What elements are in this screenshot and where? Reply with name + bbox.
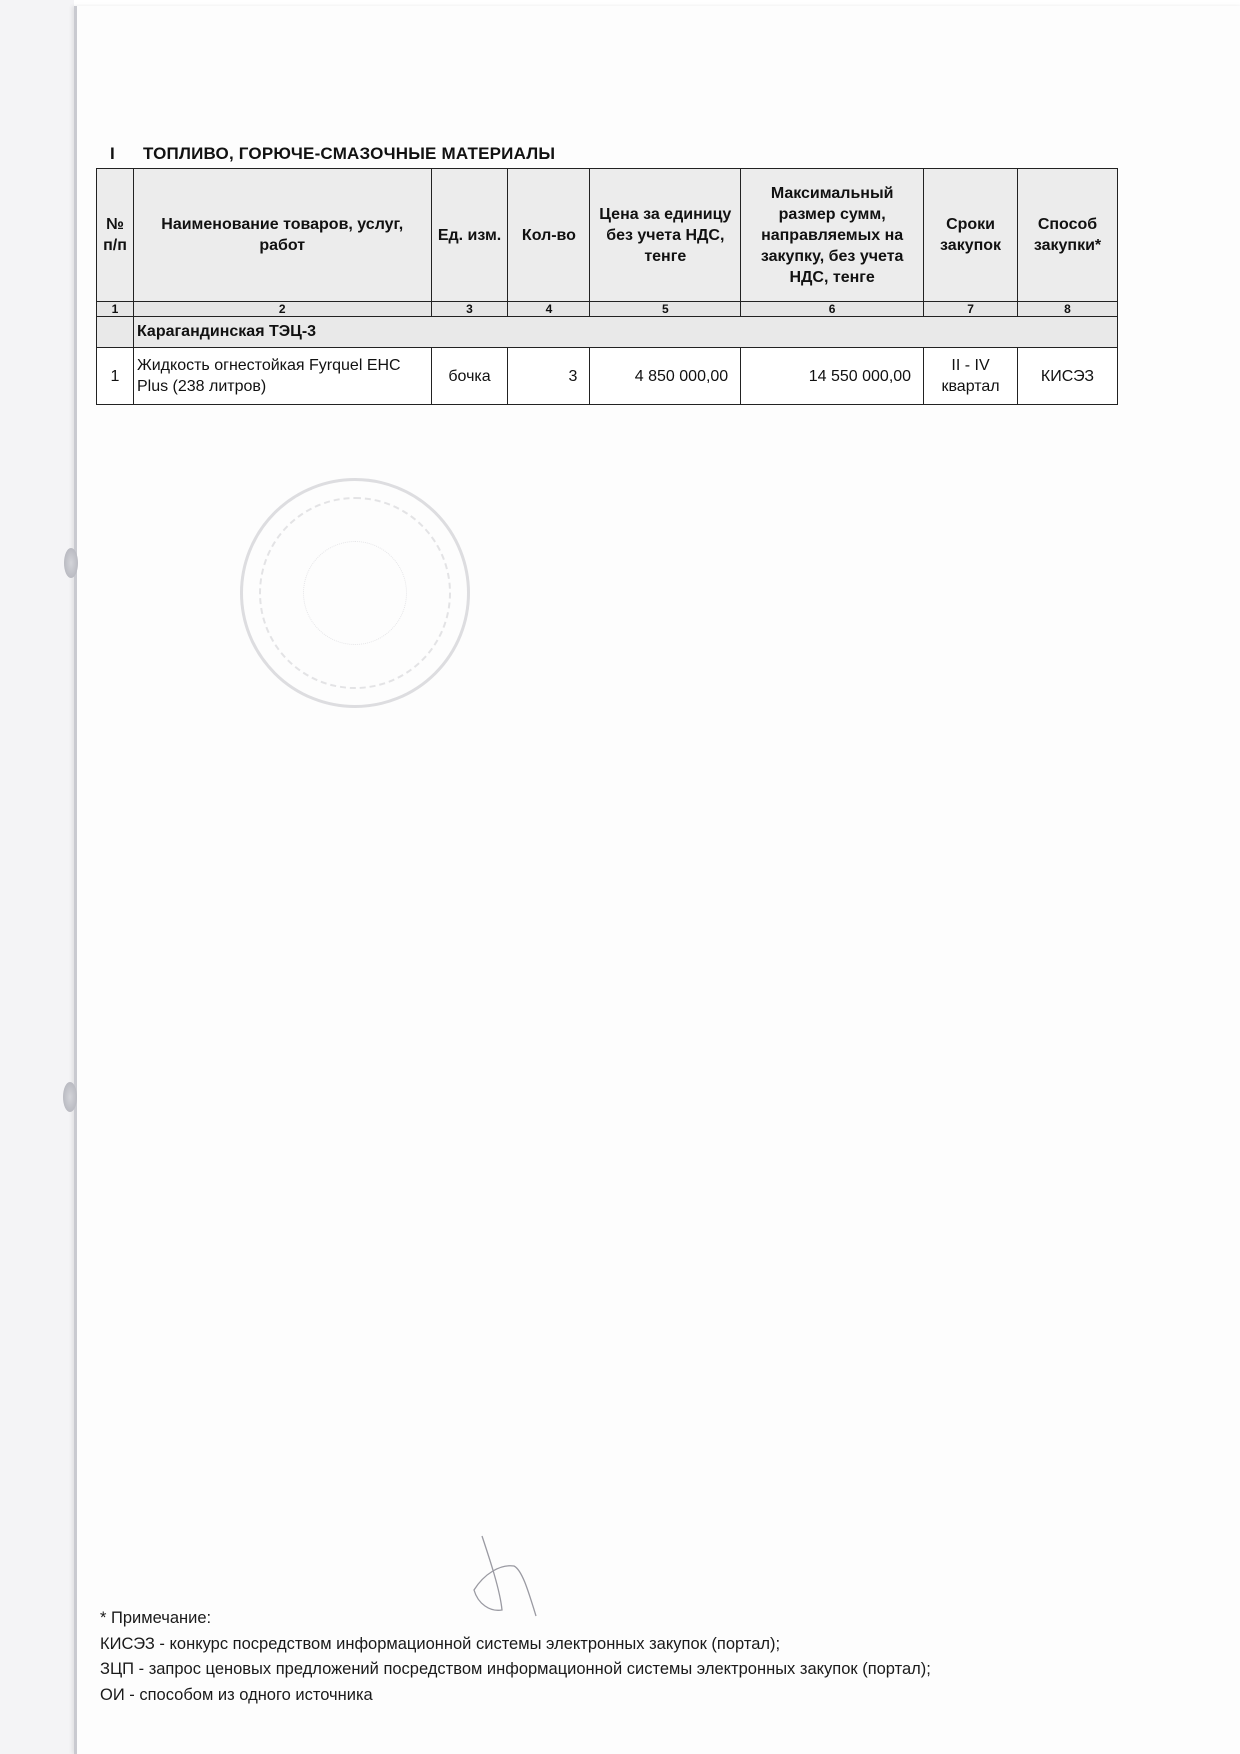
header-qty: Кол-во <box>508 169 590 302</box>
footnote: * Примечание: КИСЭЗ - конкурс посредство… <box>100 1606 931 1708</box>
group-name: Карагандинская ТЭЦ-3 <box>133 317 1117 348</box>
header-max-amount: Максимальный размер сумм, направляемых н… <box>741 169 924 302</box>
column-number: 3 <box>431 302 508 317</box>
group-row: Карагандинская ТЭЦ-3 <box>97 317 1118 348</box>
cell-no: 1 <box>97 348 134 405</box>
footnote-line: ОИ - способом из одного источника <box>100 1683 931 1709</box>
header-unit: Ед. изм. <box>431 169 508 302</box>
cell-period: II - IV квартал <box>924 348 1018 405</box>
column-number: 4 <box>508 302 590 317</box>
header-period: Сроки закупок <box>924 169 1018 302</box>
column-number: 7 <box>924 302 1018 317</box>
footnote-line: КИСЭЗ - конкурс посредством информационн… <box>100 1632 931 1658</box>
cell-unit: бочка <box>431 348 508 405</box>
punch-hole-icon <box>64 548 78 578</box>
section-name: ТОПЛИВО, ГОРЮЧЕ-СМАЗОЧНЫЕ МАТЕРИАЛЫ <box>143 144 555 163</box>
header-row: № п/п Наименование товаров, услуг, работ… <box>97 169 1118 302</box>
column-number: 6 <box>741 302 924 317</box>
section-title: I ТОПЛИВО, ГОРЮЧЕ-СМАЗОЧНЫЕ МАТЕРИАЛЫ <box>110 144 555 164</box>
header-method: Способ закупки* <box>1018 169 1118 302</box>
header-unit-price: Цена за единицу без учета НДС, тенге <box>590 169 741 302</box>
column-number: 1 <box>97 302 134 317</box>
header-name: Наименование товаров, услуг, работ <box>133 169 431 302</box>
cell-unit-price: 4 850 000,00 <box>590 348 741 405</box>
cell-method: КИСЭЗ <box>1018 348 1118 405</box>
group-spacer <box>97 317 134 348</box>
table-row: 1 Жидкость огнестойкая Fyrquel EHC Plus … <box>97 348 1118 405</box>
column-number: 5 <box>590 302 741 317</box>
cell-max-amount: 14 550 000,00 <box>741 348 924 405</box>
stamp-seal-icon <box>240 478 470 708</box>
punch-hole-icon <box>63 1082 77 1112</box>
column-number: 8 <box>1018 302 1118 317</box>
cell-name: Жидкость огнестойкая Fyrquel EHC Plus (2… <box>133 348 431 405</box>
procurement-table: № п/п Наименование товаров, услуг, работ… <box>96 168 1118 405</box>
header-no: № п/п <box>97 169 134 302</box>
footnote-title: * Примечание: <box>100 1606 931 1632</box>
cell-qty: 3 <box>508 348 590 405</box>
column-number: 2 <box>133 302 431 317</box>
footnote-line: ЗЦП - запрос ценовых предложений посредс… <box>100 1657 931 1683</box>
section-number: I <box>110 144 138 164</box>
column-number-row: 1 2 3 4 5 6 7 8 <box>97 302 1118 317</box>
